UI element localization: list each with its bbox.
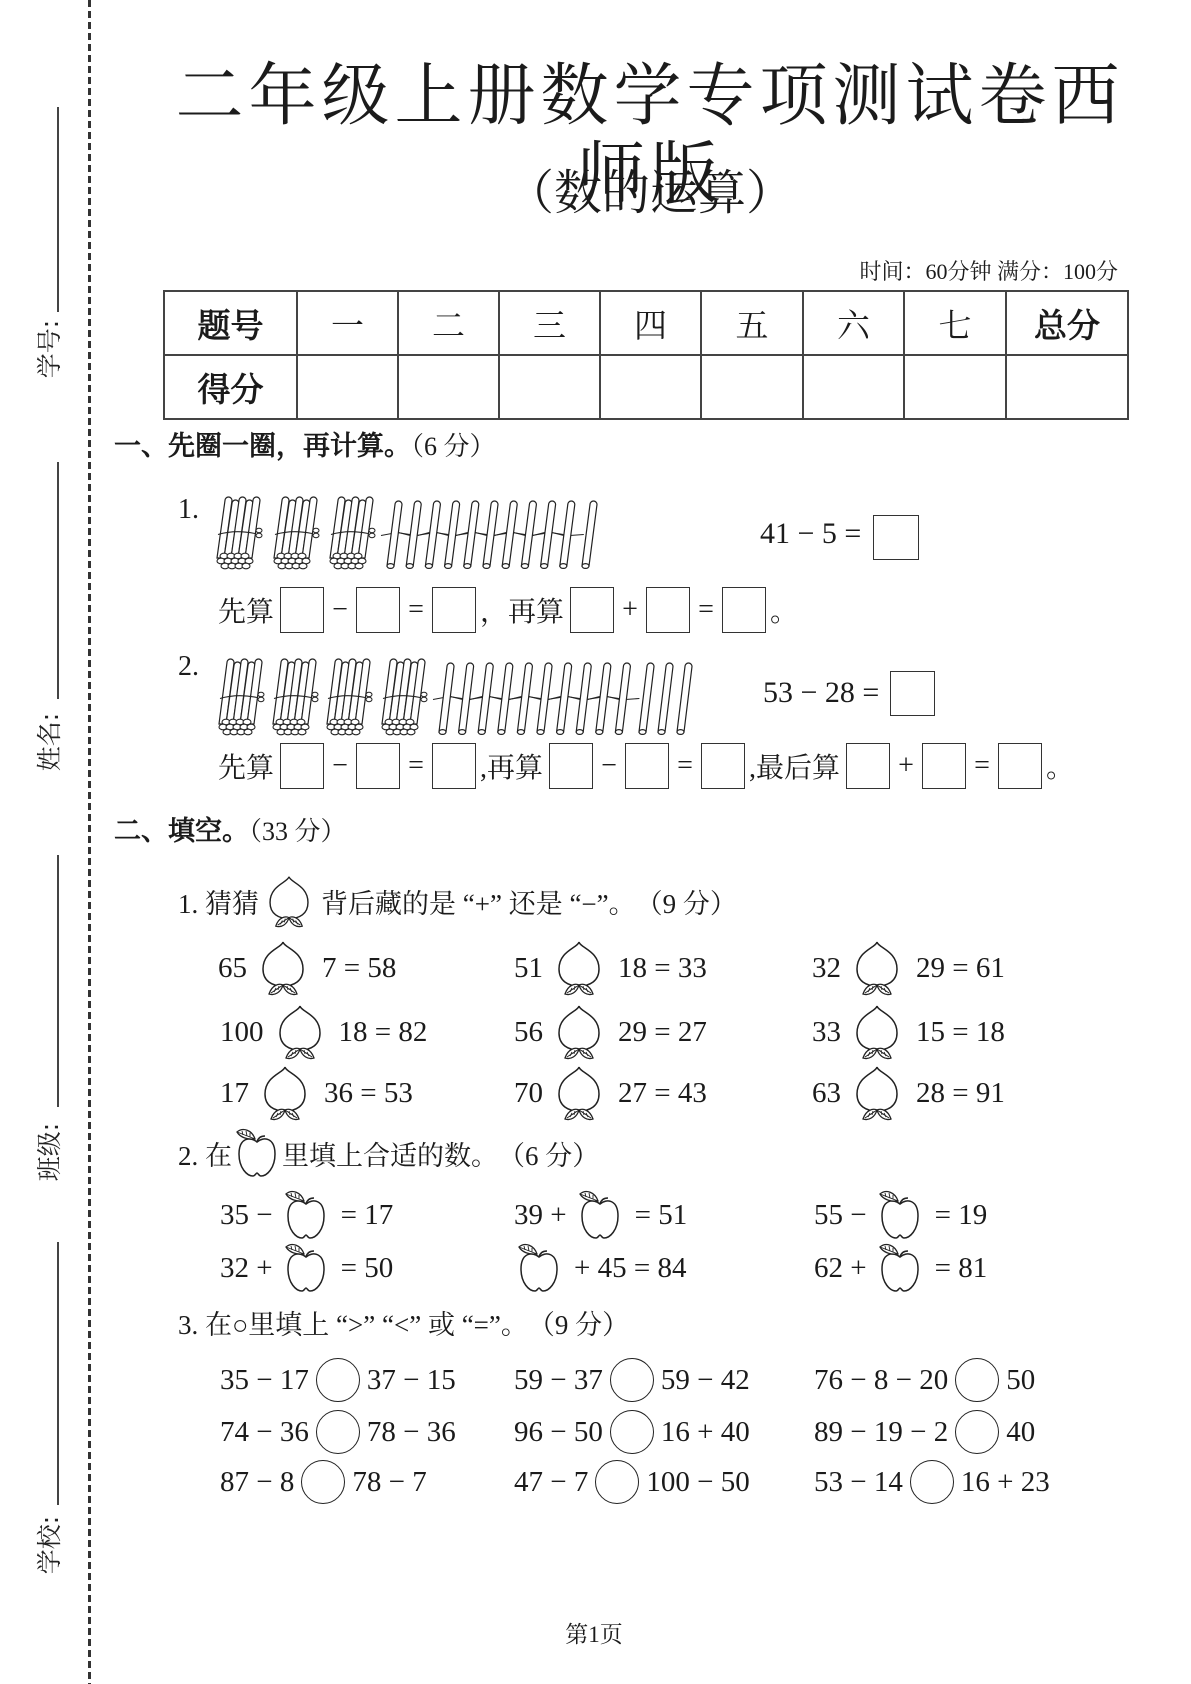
section1-points: （6 分）: [411, 432, 496, 461]
operand-right: 7 = 58: [322, 952, 396, 985]
apple-icon[interactable]: [877, 1189, 923, 1241]
q1-steps-row: 先算 − = ，再算 + = 。: [214, 586, 804, 633]
part1-points: （9 分）: [636, 882, 737, 921]
column-header: 五: [701, 291, 803, 355]
peach-icon[interactable]: [854, 939, 900, 997]
operand-left: 70: [514, 1077, 543, 1110]
expression-left: 47 − 7: [514, 1466, 588, 1499]
operand-right: = 17: [341, 1199, 394, 1232]
column-header: 一: [297, 291, 398, 355]
peach-icon[interactable]: [556, 1003, 602, 1061]
operand-right: 27 = 43: [618, 1077, 707, 1110]
operand-left: 32 +: [220, 1252, 273, 1285]
operand-left: 51: [514, 952, 543, 985]
school-label: 学校:: [35, 1505, 65, 1585]
operand-left: 62 +: [814, 1252, 867, 1285]
compare-item: 96 − 50 16 + 40: [514, 1407, 750, 1457]
operator-plus: +: [890, 750, 922, 782]
column-header: 二: [398, 291, 499, 355]
peach-icon[interactable]: [260, 939, 306, 997]
binding-dashed-line: [88, 0, 91, 1684]
expression-left: 74 − 36: [220, 1416, 309, 1449]
score-cell[interactable]: [803, 355, 904, 419]
operand-right: = 81: [935, 1252, 988, 1285]
apple-equation: 55 − = 19: [814, 1188, 987, 1242]
apple-icon[interactable]: [577, 1189, 623, 1241]
answer-box[interactable]: [432, 743, 476, 789]
operator-minus: −: [324, 594, 356, 626]
operand-left: 63: [812, 1077, 841, 1110]
period: 。: [1042, 746, 1080, 786]
loose-sticks: [582, 501, 597, 568]
step-label: ,再算: [476, 746, 549, 786]
score-table-header-row: 题号 一 二 三 四 五 六 七 总分: [164, 291, 1128, 355]
operand-left: 35 −: [220, 1199, 273, 1232]
compare-circle[interactable]: [316, 1410, 360, 1454]
expression-left: 89 − 19 − 2: [814, 1416, 948, 1449]
name-underline[interactable]: [57, 462, 59, 699]
expression-left: 76 − 8 − 20: [814, 1364, 948, 1397]
stick-bundle: [217, 497, 262, 569]
apple-equation: 35 − = 17: [220, 1188, 393, 1242]
student-id-underline[interactable]: [57, 107, 59, 312]
compare-item: 53 − 14 16 + 23: [814, 1457, 1050, 1507]
operand-right: 28 = 91: [916, 1077, 1005, 1110]
compare-circle[interactable]: [955, 1358, 999, 1402]
exam-meta: 时间：60分钟 满分：100分: [859, 258, 1118, 286]
operator-plus: +: [614, 594, 646, 626]
compare-item: 35 − 17 37 − 15: [220, 1355, 456, 1405]
operand-left: 55 −: [814, 1199, 867, 1232]
peach-equation: 100 18 = 82: [220, 1003, 427, 1061]
operand-right: = 19: [935, 1199, 988, 1232]
school-underline[interactable]: [57, 1242, 59, 1505]
operand-right: + 45 = 84: [574, 1252, 686, 1285]
compare-item: 59 − 37 59 − 42: [514, 1355, 750, 1405]
operand-right: 36 = 53: [324, 1077, 413, 1110]
answer-box[interactable]: [701, 743, 745, 789]
apple-equation: 32 + = 50: [220, 1241, 393, 1295]
operator-equals: =: [400, 594, 432, 626]
answer-box[interactable]: [998, 743, 1042, 789]
answer-box[interactable]: [922, 743, 966, 789]
score-cell[interactable]: [297, 355, 398, 419]
score-table: 题号 一 二 三 四 五 六 七 总分 得分: [163, 290, 1129, 420]
part1-suffix: 背后藏的是 “+” 还是 “−”。: [321, 882, 636, 921]
peach-equation: 70 27 = 43: [514, 1064, 707, 1122]
score-cell[interactable]: [904, 355, 1006, 419]
page-subtitle: （数的运算）: [400, 166, 900, 220]
compare-circle[interactable]: [595, 1460, 639, 1504]
operand-right: 18 = 33: [618, 952, 707, 985]
section1-heading: 一、先圈一圈，再计算。（6 分）: [114, 430, 496, 462]
operand-right: 18 = 82: [339, 1016, 428, 1049]
answer-box[interactable]: [549, 743, 593, 789]
apple-equation: + 45 = 84: [506, 1241, 686, 1295]
expression-right: 16 + 40: [661, 1416, 750, 1449]
q1-answer-box[interactable]: [873, 515, 919, 560]
expression-right: 78 − 36: [367, 1416, 456, 1449]
apple-equation: 62 + = 81: [814, 1241, 987, 1295]
part3-instruction: 3. 在○里填上 “>” “<” 或 “=”。 （9 分）: [178, 1304, 629, 1340]
column-header: 三: [499, 291, 600, 355]
tied-sticks-group: [433, 663, 639, 734]
peach-icon[interactable]: [262, 1064, 308, 1122]
compare-circle[interactable]: [610, 1358, 654, 1402]
compare-item: 87 − 8 78 − 7: [220, 1457, 427, 1507]
peach-equation: 17 36 = 53: [220, 1064, 413, 1122]
expression-right: 78 − 7: [352, 1466, 426, 1499]
row-label-question-number: 题号: [164, 291, 297, 355]
operand-right: = 51: [635, 1199, 688, 1232]
apple-icon[interactable]: [516, 1242, 562, 1294]
compare-circle[interactable]: [955, 1410, 999, 1454]
apple-icon: [234, 1127, 280, 1179]
stick-bundle: [273, 659, 318, 735]
operand-left: 32: [812, 952, 841, 985]
peach-equation: 63 28 = 91: [812, 1064, 1005, 1122]
compare-item: 47 − 7 100 − 50: [514, 1457, 750, 1507]
stick-bundle: [382, 659, 427, 735]
column-header: 四: [600, 291, 701, 355]
student-id-label: 学号:: [35, 309, 65, 389]
operand-right: 15 = 18: [916, 1016, 1005, 1049]
expression-right: 50: [1006, 1364, 1035, 1397]
operator-equals: =: [669, 750, 701, 782]
answer-box[interactable]: [625, 743, 669, 789]
compare-item: 89 − 19 − 2 40: [814, 1407, 1035, 1457]
expression-right: 16 + 23: [961, 1466, 1050, 1499]
peach-equation: 51 18 = 33: [514, 939, 707, 997]
expression-left: 35 − 17: [220, 1364, 309, 1397]
step-label: ，再算: [476, 590, 570, 630]
apple-icon[interactable]: [283, 1189, 329, 1241]
part3-points: （9 分）: [528, 1303, 629, 1342]
operator-equals: =: [690, 594, 722, 626]
expression-right: 59 − 42: [661, 1364, 750, 1397]
expression-left: 87 − 8: [220, 1466, 294, 1499]
answer-box[interactable]: [846, 743, 890, 789]
q2-equation: 53 − 28 =: [763, 675, 879, 711]
row-label-score: 得分: [164, 355, 297, 419]
step-label: 先算: [214, 746, 280, 786]
apple-equation: 39 + = 51: [514, 1188, 687, 1242]
compare-circle[interactable]: [316, 1358, 360, 1402]
expression-left: 59 − 37: [514, 1364, 603, 1397]
answer-box[interactable]: [722, 587, 766, 633]
operator-minus: −: [324, 750, 356, 782]
peach-icon[interactable]: [277, 1003, 323, 1061]
expression-right: 100 − 50: [646, 1466, 749, 1499]
peach-equation: 65 7 = 58: [218, 939, 396, 997]
peach-icon[interactable]: [556, 1064, 602, 1122]
compare-item: 76 − 8 − 20 50: [814, 1355, 1035, 1405]
operand-right: 29 = 61: [916, 952, 1005, 985]
peach-icon[interactable]: [556, 939, 602, 997]
compare-item: 74 − 36 78 − 36: [220, 1407, 456, 1457]
score-cell[interactable]: [600, 355, 701, 419]
part2-points: （6 分）: [498, 1134, 599, 1173]
stick-bundle: [327, 659, 372, 735]
answer-box[interactable]: [432, 587, 476, 633]
stick-bundle: [219, 659, 264, 735]
peach-equation: 32 29 = 61: [812, 939, 1005, 997]
name-label: 姓名:: [35, 702, 65, 782]
peach-equation: 56 29 = 27: [514, 1003, 707, 1061]
q1-equation: 41 − 5 =: [760, 516, 861, 552]
step-label: ,最后算: [745, 746, 846, 786]
part3-text: 3. 在○里填上 “>” “<” 或 “=”。: [178, 1303, 528, 1342]
operand-left: 39 +: [514, 1199, 567, 1232]
answer-box[interactable]: [646, 587, 690, 633]
apple-icon[interactable]: [877, 1242, 923, 1294]
peach-equation: 33 15 = 18: [812, 1003, 1005, 1061]
compare-circle[interactable]: [910, 1460, 954, 1504]
peach-icon: [267, 874, 311, 929]
operand-left: 100: [220, 1016, 264, 1049]
q2-answer-box[interactable]: [890, 671, 935, 716]
q1-sticks-illustration: [213, 493, 613, 578]
part2-instruction: 2. 在 里填上合适的数。 （6 分）: [178, 1126, 599, 1180]
operand-left: 33: [812, 1016, 841, 1049]
part1-prefix: 1. 猜猜: [178, 882, 259, 921]
answer-box[interactable]: [356, 587, 400, 633]
q1-number: 1.: [178, 494, 199, 526]
stick-bundle: [274, 497, 319, 569]
expression-right: 37 − 15: [367, 1364, 456, 1397]
expression-left: 96 − 50: [514, 1416, 603, 1449]
operator-equals: =: [966, 750, 998, 782]
answer-box[interactable]: [280, 587, 324, 633]
period: 。: [766, 590, 804, 630]
operand-left: 56: [514, 1016, 543, 1049]
section2-points: （33 分）: [249, 817, 347, 846]
score-table-score-row: 得分: [164, 355, 1128, 419]
apple-icon[interactable]: [283, 1242, 329, 1294]
class-underline[interactable]: [57, 855, 59, 1107]
section2-heading: 二、填空。（33 分）: [114, 815, 347, 847]
score-cell[interactable]: [398, 355, 499, 419]
q2-sticks-illustration: [213, 655, 703, 745]
column-header-total: 总分: [1006, 291, 1128, 355]
step-label: 先算: [214, 590, 280, 630]
score-cell-total[interactable]: [1006, 355, 1128, 419]
peach-icon[interactable]: [854, 1003, 900, 1061]
stick-bundle: [330, 497, 375, 569]
q2-steps-row: 先算 − = ,再算 − = ,最后算 + = 。: [214, 742, 1080, 790]
expression-right: 40: [1006, 1416, 1035, 1449]
expression-left: 53 − 14: [814, 1466, 903, 1499]
section2-title: 二、填空。: [114, 816, 249, 847]
part1-instruction: 1. 猜猜 背后藏的是 “+” 还是 “−”。 （9 分）: [178, 872, 737, 930]
part2-suffix: 里填上合适的数。: [282, 1134, 498, 1173]
tied-sticks-group: [381, 501, 584, 568]
page-number: 第1页: [494, 1621, 694, 1649]
answer-box[interactable]: [570, 587, 614, 633]
q2-number: 2.: [178, 651, 199, 683]
score-cell[interactable]: [499, 355, 600, 419]
class-label: 班级:: [35, 1112, 65, 1192]
answer-box[interactable]: [280, 743, 324, 789]
answer-box[interactable]: [356, 743, 400, 789]
column-header: 六: [803, 291, 904, 355]
operand-left: 17: [220, 1077, 249, 1110]
operator-minus: −: [593, 750, 625, 782]
operand-left: 65: [218, 952, 247, 985]
worksheet-page: 学号: 姓名: 班级: 学校: 二年级上册数学专项测试卷西师版 （数的运算） 时…: [0, 0, 1191, 1684]
loose-sticks: [639, 663, 692, 734]
peach-icon[interactable]: [854, 1064, 900, 1122]
column-header: 七: [904, 291, 1006, 355]
operand-right: = 50: [341, 1252, 394, 1285]
section1-title: 一、先圈一圈，再计算。: [114, 431, 411, 462]
operand-right: 29 = 27: [618, 1016, 707, 1049]
compare-circle[interactable]: [301, 1460, 345, 1504]
part2-prefix: 2. 在: [178, 1134, 232, 1173]
score-cell[interactable]: [701, 355, 803, 419]
operator-equals: =: [400, 750, 432, 782]
compare-circle[interactable]: [610, 1410, 654, 1454]
